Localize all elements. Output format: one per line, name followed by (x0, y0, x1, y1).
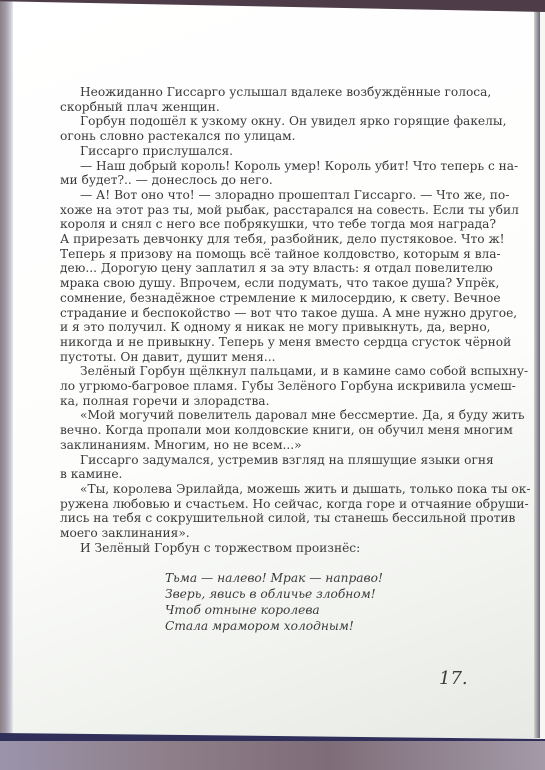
text-line: ка, полная горечи и злорадства. (60, 394, 480, 409)
poem-line: Стала мрамором холодным! (165, 618, 405, 634)
text-line: «Мой могучий повелитель даровал мне бесс… (60, 408, 480, 423)
text-line: И Зелёный Горбун с торжеством произнёс: (60, 541, 480, 556)
text-line: Горбун подошёл к узкому окну. Он увидел … (60, 114, 480, 129)
text-line: скорбный плач женщин. (60, 100, 480, 115)
text-line: огонь словно растекался по улицам. (60, 129, 480, 144)
text-line: в камине. (60, 467, 480, 482)
poem-line: Зверь, явись в обличье злобном! (165, 586, 405, 602)
text-line: страдание и беспокойство — вот что такое… (60, 306, 480, 321)
text-line: Теперь я призову на помощь всё тайное ко… (60, 247, 480, 262)
text-line: никогда и не привыкну. Теперь у меня вме… (60, 335, 480, 350)
text-line: хоже на этот раз ты, мой рыбак, расстара… (60, 203, 480, 218)
text-line: моего заклинания». (60, 526, 480, 541)
text-line: Гиссарго задумался, устремив взгляд на п… (60, 453, 480, 468)
text-line: Гиссарго прислушался. (60, 144, 480, 159)
poem-verse: Тьма — налево! Мрак — направо!Зверь, яви… (165, 570, 405, 634)
text-line: — Наш добрый король! Король умер! Король… (60, 159, 480, 174)
text-line: «Ты, королева Эрилайда, можешь жить и ды… (60, 482, 480, 497)
text-line: мрака свою душу. Впрочем, если подумать,… (60, 276, 480, 291)
text-line: ружена любовью и счастьем. Но сейчас, ко… (60, 497, 480, 512)
text-line: дею... Дорогую цену заплатил я за эту вл… (60, 261, 480, 276)
body-text: Неожиданно Гиссарго услышал вдалеке возб… (60, 85, 480, 556)
page-right-edge (534, 10, 540, 738)
poem-line: Чтоб отныне королева (165, 602, 405, 618)
text-line: — А! Вот оно что! — злорадно прошептал Г… (60, 188, 480, 203)
scan-left-edge (0, 0, 13, 770)
text-line: Неожиданно Гиссарго услышал вдалеке возб… (60, 85, 480, 100)
page-number: 17. (439, 668, 468, 689)
text-line: сомнение, безнадёжное стремление к милос… (60, 291, 480, 306)
scan-background (0, 741, 545, 770)
text-line: ми будет?.. — донеслось до него. (60, 173, 480, 188)
text-line: Зелёный Горбун щёлкнул пальцами, и в кам… (60, 364, 480, 379)
text-line: и я это получил. К одному я никак не мог… (60, 320, 480, 335)
text-line: заклинаниям. Многим, но не всем...» (60, 438, 480, 453)
poem-line: Тьма — налево! Мрак — направо! (165, 570, 405, 586)
text-line: лись на тебя с сокрушительной силой, ты … (60, 511, 480, 526)
text-line: вечно. Когда пропали мои колдовские книг… (60, 423, 480, 438)
text-line: короля и снял с него все побрякушки, что… (60, 217, 480, 232)
text-line: А прирезать девчонку для тебя, разбойник… (60, 232, 480, 247)
text-line: ло угрюмо-багровое пламя. Губы Зелёного … (60, 379, 480, 394)
text-line: пустоты. Он давит, душит меня... (60, 350, 480, 365)
